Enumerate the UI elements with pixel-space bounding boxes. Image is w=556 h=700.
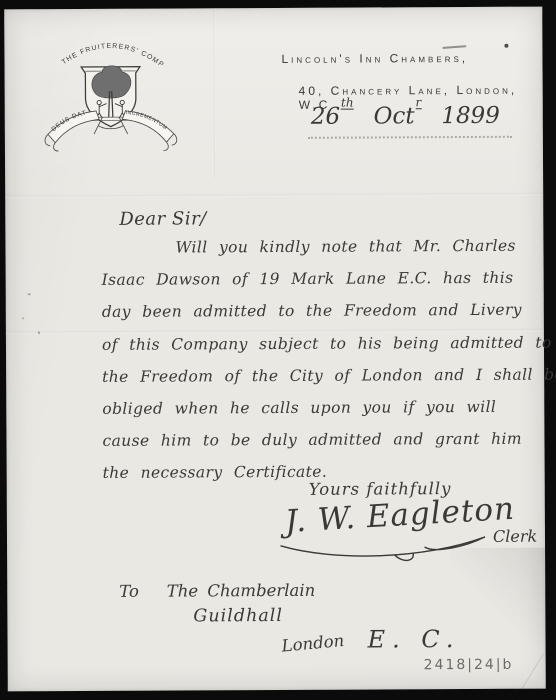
paper-speck <box>28 293 31 295</box>
letterhead-address-line1: Lincoln's Inn Chambers, <box>281 51 468 66</box>
date-line: 26th Octr 1899 <box>311 103 521 130</box>
date-underline-rule <box>308 136 512 139</box>
paper-speck <box>22 317 24 319</box>
letter-page: THE FRUITERERS' COMPANY. <box>4 7 546 692</box>
crest-illustration: THE FRUITERERS' COMPANY. <box>40 24 181 153</box>
archive-reference: 2418|24|b <box>424 657 514 673</box>
date-day-suffix: th <box>341 97 354 110</box>
body-line: Will you kindly note that Mr. Charles <box>101 237 543 272</box>
paper-crease-vertical <box>213 8 216 178</box>
signature-role: Clerk <box>493 527 537 546</box>
body-line: Isaac Dawson of 19 Mark Lane E.C. has th… <box>102 269 544 304</box>
date-month: Octr <box>374 103 422 129</box>
body-line: day been admitted to the Freedom and Liv… <box>102 301 544 336</box>
date-year: 1899 <box>441 103 500 129</box>
recipient-line3: London <box>281 631 345 656</box>
signature-flourish <box>275 531 525 566</box>
crest-arched-title: THE FRUITERERS' COMPANY. <box>40 24 165 69</box>
recipient-line2: Guildhall <box>193 606 283 626</box>
recipient-postal-district: E. C. <box>367 625 460 653</box>
paper-crease-horizontal-upper <box>5 193 543 199</box>
pencil-mark-dot <box>504 44 508 48</box>
fruiterers-company-crest: THE FRUITERERS' COMPANY. <box>40 24 181 153</box>
crest-ribbon-left: DEUS DAT <box>45 109 100 151</box>
body-line: of this Company subject to his being adm… <box>102 333 544 368</box>
photograph-mount: THE FRUITERERS' COMPANY. <box>0 0 556 700</box>
date-month-suffix: r <box>416 97 422 110</box>
body-line: obliged when he calls upon you if you wi… <box>102 398 544 433</box>
salutation: Dear Sir/ <box>119 208 207 229</box>
crest-ribbon-right: INCREMENTUM <box>122 110 177 151</box>
paper-speck <box>38 331 40 334</box>
pencil-mark-dash <box>442 45 466 49</box>
recipient-line1: To The Chamberlain <box>119 581 315 601</box>
body-line: the Freedom of the City of London and I … <box>102 365 544 400</box>
body-line: cause him to be duly admitted and grant … <box>102 430 544 465</box>
letter-body: Will you kindly note that Mr. Charles Is… <box>101 237 544 497</box>
date-day: 26th <box>311 104 354 130</box>
